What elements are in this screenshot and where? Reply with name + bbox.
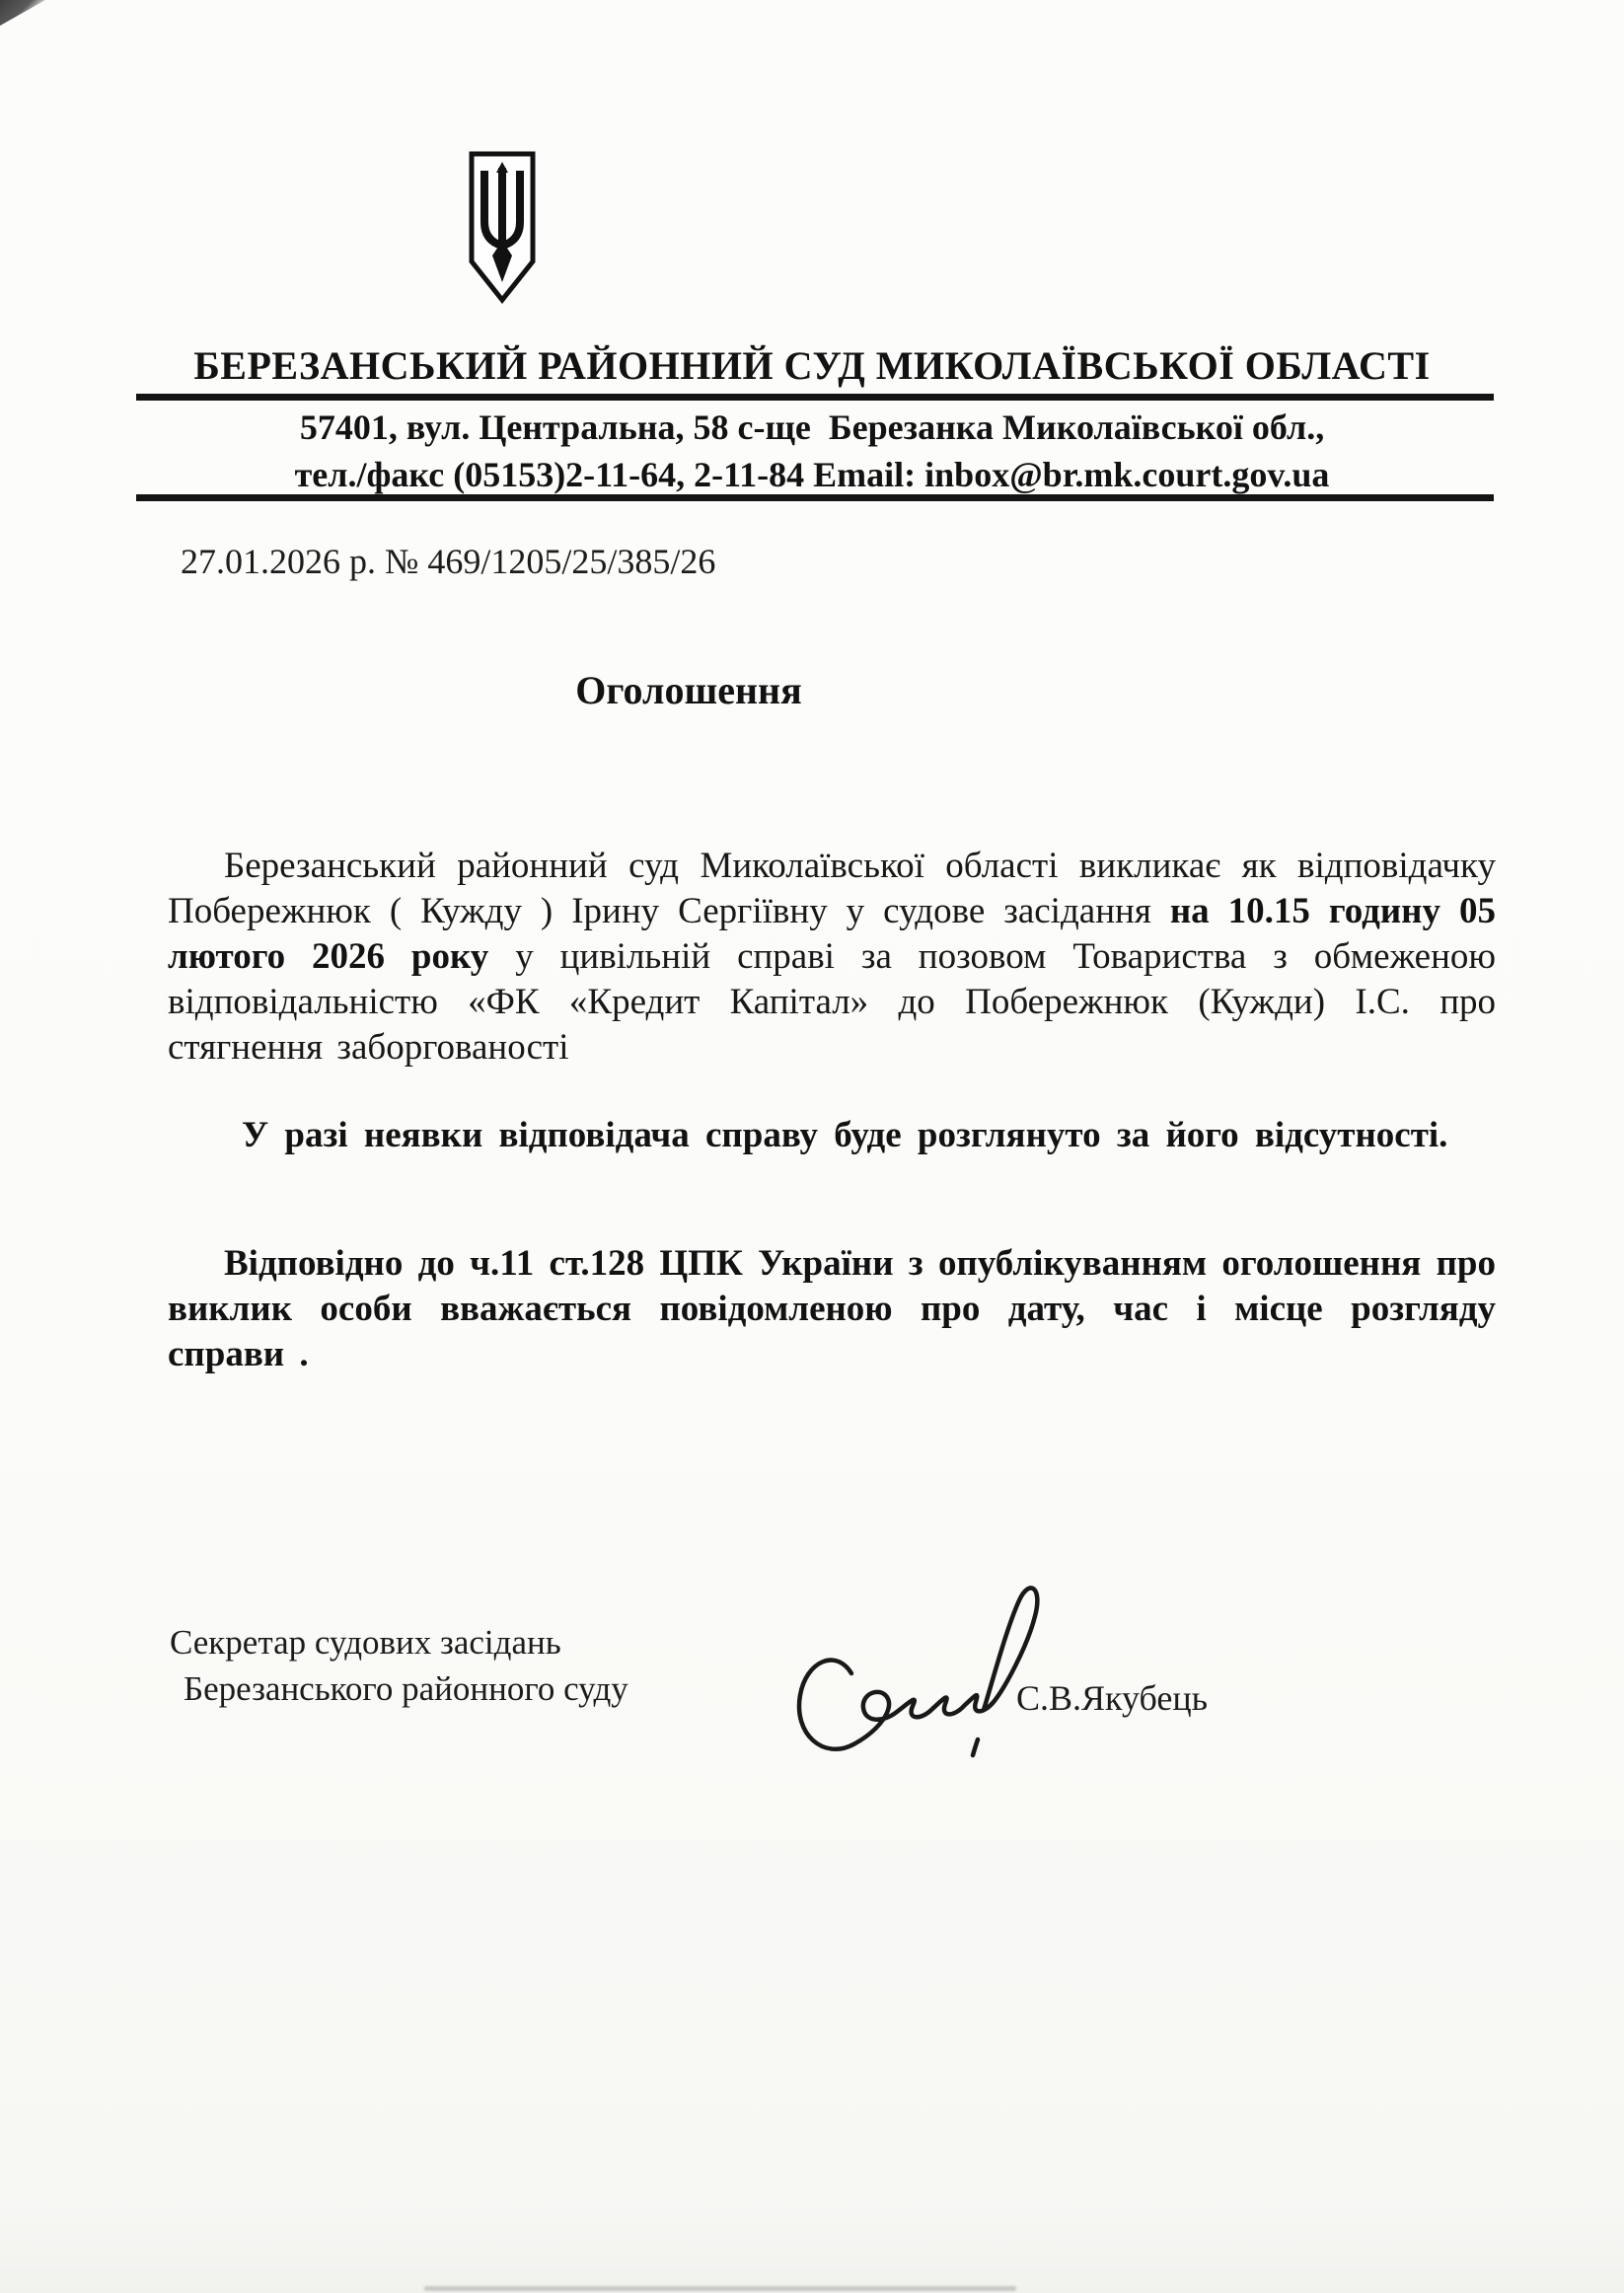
court-name-heading: БЕРЕЗАНСЬКИЙ РАЙОННИЙ СУД МИКОЛАЇВСЬКОЇ … xyxy=(69,343,1555,389)
letterhead-divider-bottom xyxy=(136,494,1494,501)
court-address-line: 57401, вул. Центральна, 58 с-ще Березанк… xyxy=(69,406,1555,449)
handwritten-signature-icon xyxy=(784,1557,1095,1789)
paragraph-absence-warning: У разі неявки відповідача справу буде ро… xyxy=(168,1113,1496,1158)
signatory-name: С.В.Якубець xyxy=(1016,1677,1208,1719)
scan-corner-artifact xyxy=(0,0,45,26)
scanned-document-page: БЕРЕЗАНСЬКИЙ РАЙОННИЙ СУД МИКОЛАЇВСЬКОЇ … xyxy=(0,0,1624,2293)
paragraph-summons: Березанський районний суд Миколаївської … xyxy=(168,844,1496,1071)
court-contacts-line: тел./факс (05153)2-11-64, 2-11-84 Email:… xyxy=(69,453,1555,496)
signatory-role-line-2: Березанського районного суду xyxy=(184,1669,628,1709)
date-and-reference-number: 27.01.2026 р. № 469/1205/25/385/26 xyxy=(181,541,715,582)
document-title: Оголошення xyxy=(138,667,1239,713)
ukraine-trident-emblem-icon xyxy=(468,150,537,306)
scan-bottom-artifact xyxy=(424,2286,1016,2291)
letterhead-divider-top xyxy=(136,394,1494,401)
paragraph-legal-basis: Відповідно до ч.11 ст.128 ЦПК України з … xyxy=(168,1241,1496,1377)
signatory-role-line-1: Секретар судових засідань xyxy=(170,1623,561,1663)
